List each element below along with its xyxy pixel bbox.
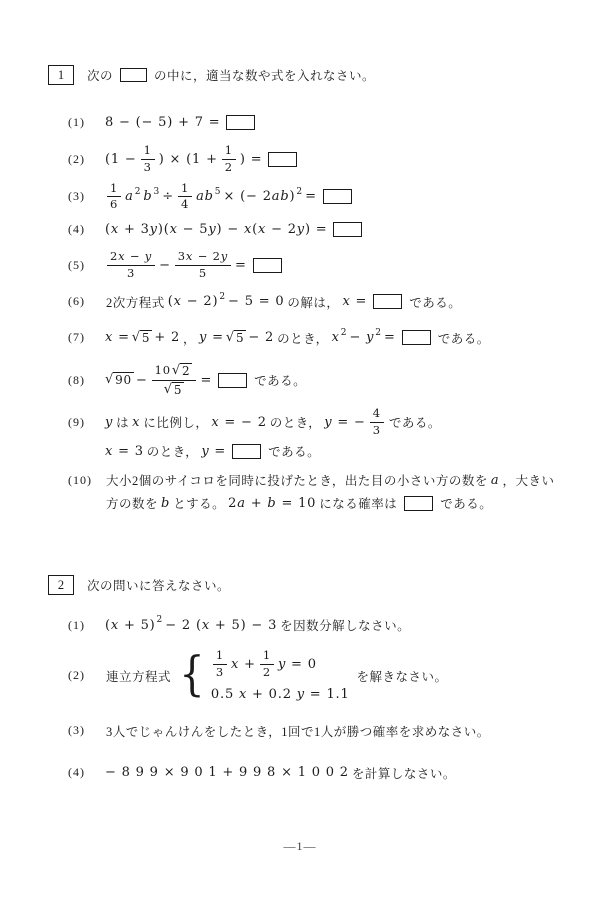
section-2: 2 次の問いに答えなさい。 (1)(x + 5)2− 2 (x + 5) − 3…	[48, 574, 560, 782]
problem-number: (10)	[68, 473, 104, 488]
fraction-numerator: 1	[260, 649, 274, 665]
fraction-numerator: 1	[107, 182, 121, 198]
fraction-numerator: 1	[222, 144, 236, 160]
problem-number: (3)	[68, 723, 104, 738]
math-run: 1	[263, 649, 271, 663]
superscript: 2	[341, 329, 347, 338]
radicand: 5	[140, 330, 152, 346]
answer-box	[253, 258, 282, 273]
math-run: − 5 = 0	[228, 294, 284, 309]
math-run: − 8 9 9 × 9 0 1 + 9 9 8 × 1 0 0 2	[105, 765, 349, 780]
sqrt-expression: √5	[226, 330, 247, 346]
math-run: x +	[231, 657, 256, 672]
radicand: 5	[234, 330, 246, 346]
math-run: 5	[199, 267, 207, 281]
problem: (1)8 − (− 5) + 7 =	[68, 113, 560, 131]
section-2-problems: (1)(x + 5)2− 2 (x + 5) − 3を因数分解しなさい。(2)連…	[68, 616, 560, 782]
answer-box	[404, 496, 433, 511]
math-run: 2	[263, 666, 271, 680]
sqrt-expression: √5	[164, 382, 185, 398]
fraction: 12	[222, 144, 236, 175]
math-run: 1	[110, 182, 118, 196]
inline-blank-box	[120, 68, 147, 82]
superscript: 2	[219, 293, 225, 302]
superscript: 2	[157, 616, 163, 625]
fraction-denominator: 4	[178, 197, 192, 212]
answer-box	[373, 294, 402, 309]
math-run: x	[132, 415, 140, 430]
text-run: である。	[254, 371, 306, 389]
problem-line: (4)− 8 9 9 × 9 0 1 + 9 9 8 × 1 0 0 2を計算し…	[68, 764, 560, 782]
math-run: =	[384, 330, 396, 345]
text-run: である。	[440, 494, 492, 512]
superscript: 3	[154, 188, 160, 197]
math-run: − 2 (x + 5) − 3	[165, 618, 277, 633]
problem-line: (5)2x − y3−3x − 2y5=	[68, 250, 560, 281]
problem-number: (8)	[68, 373, 104, 388]
answer-box	[232, 444, 261, 459]
section-number-box: 2	[48, 575, 74, 595]
sqrt-expression: √90	[105, 372, 134, 388]
fraction-denominator: 3	[370, 423, 384, 438]
problem-number: (3)	[68, 189, 104, 204]
math-run: x = − 2	[211, 415, 266, 430]
problem: (2)(1 −13) × (1 +12) =	[68, 144, 560, 175]
fraction-denominator: 5	[196, 266, 210, 281]
problem-number: (5)	[68, 258, 104, 273]
problem-number: (6)	[68, 294, 104, 309]
text-run: とする。	[173, 494, 225, 512]
math-run: a	[125, 189, 134, 204]
fraction: 10√2√5	[152, 363, 197, 398]
radicand: 90	[113, 372, 134, 388]
text-run: である。	[438, 329, 490, 347]
fraction: 13	[213, 649, 227, 680]
fraction-denominator: 3	[141, 160, 155, 175]
superscript: 5	[215, 188, 221, 197]
math-run: 1	[225, 144, 233, 158]
fraction-denominator: 3	[213, 665, 227, 680]
text-run: の中に，適当な数や式を入れなさい。	[154, 66, 375, 84]
answer-box	[268, 152, 297, 167]
superscript: 2	[296, 188, 302, 197]
text-run: である。	[409, 293, 461, 311]
fraction-numerator: 3x − 2y	[175, 250, 231, 266]
text-run: 次の問いに答えなさい。	[87, 576, 230, 594]
math-run: x =	[342, 294, 367, 309]
math-run: x = 3	[105, 444, 144, 459]
math-run: 3x − 2y	[178, 250, 228, 264]
text-run: を解きなさい。	[357, 667, 448, 685]
math-run: =	[235, 258, 247, 273]
math-run: 1	[181, 182, 189, 196]
math-run: 10	[155, 364, 171, 378]
math-run: 6	[110, 198, 118, 212]
problem-line: (9)yはxに比例し，x = − 2のとき，y = −43である。	[68, 407, 560, 438]
math-run: 0.5 x + 0.2 y = 1.1	[211, 687, 350, 702]
fraction-numerator: 1	[141, 144, 155, 160]
problem: (4)− 8 9 9 × 9 0 1 + 9 9 8 × 1 0 0 2を計算し…	[68, 764, 560, 782]
text-run: の解は，	[287, 293, 339, 311]
fraction: 16	[107, 182, 121, 213]
fraction-denominator: 2	[260, 665, 274, 680]
math-run: −	[136, 373, 148, 388]
text-run: である。	[268, 442, 320, 460]
fraction-denominator: 2	[222, 160, 236, 175]
fraction-numerator: 4	[370, 407, 384, 423]
problem: (5)2x − y3−3x − 2y5=	[68, 250, 560, 281]
problem: (4)(x + 3y)(x − 5y) − x(x − 2y) =	[68, 220, 560, 238]
section-number-box: 1	[48, 65, 74, 85]
text-run: 2次方程式	[106, 293, 165, 311]
fraction: 3x − 2y5	[175, 250, 231, 281]
section-title: 次の問いに答えなさい。	[85, 576, 232, 594]
text-run: 次の	[87, 66, 113, 84]
math-run: ) =	[240, 152, 263, 167]
math-run: 3	[373, 424, 381, 438]
fraction-numerator: 1	[213, 649, 227, 665]
math-run: y = 0	[278, 657, 317, 672]
math-run: 3	[216, 666, 224, 680]
problem: (3)3人でじゃんけんをしたとき，1回で1人が勝つ確率を求めなさい。	[68, 722, 560, 740]
fraction: 12	[260, 649, 274, 680]
problem-number: (4)	[68, 222, 104, 237]
math-run: y =	[199, 330, 224, 345]
fraction-denominator: 3	[124, 266, 138, 281]
math-run: 3	[127, 267, 135, 281]
text-run: は	[116, 413, 129, 431]
text-run: に比例し，	[143, 413, 208, 431]
answer-box	[323, 189, 352, 204]
fraction: 43	[370, 407, 384, 438]
radicand: 5	[172, 382, 184, 398]
problem-line: (7)x =√5+ 2，y =√5− 2のとき，x2− y2=である。	[68, 329, 560, 347]
problem-line: (3)3人でじゃんけんをしたとき，1回で1人が勝つ確率を求めなさい。	[68, 722, 560, 740]
text-run: のとき，	[270, 413, 322, 431]
math-run: − y	[349, 330, 374, 345]
math-run: 2x − y	[110, 250, 152, 264]
system-equation-line: 13x +12y = 0	[210, 649, 351, 680]
equation-system: {13x +12y = 00.5 x + 0.2 y = 1.1	[177, 649, 351, 702]
math-run: b	[143, 189, 152, 204]
math-run: y =	[201, 444, 226, 459]
math-run: =	[305, 189, 317, 204]
math-run: x =	[105, 330, 130, 345]
fraction: 13	[141, 144, 155, 175]
answer-box	[218, 373, 247, 388]
math-run: 2	[225, 161, 233, 175]
math-run: − 2	[248, 330, 274, 345]
math-run: =	[200, 373, 212, 388]
problem-number: (1)	[68, 618, 104, 633]
fraction-numerator: 1	[178, 182, 192, 198]
problem-line: (4)(x + 3y)(x − 5y) − x(x − 2y) =	[68, 220, 560, 238]
math-run: 1	[144, 144, 152, 158]
problem-line: (2)連立方程式{13x +12y = 00.5 x + 0.2 y = 1.1…	[68, 649, 560, 702]
fraction-denominator: 6	[107, 197, 121, 212]
math-run: 2a + b = 10	[228, 496, 316, 511]
problem-line: (6)2次方程式(x − 2)2− 5 = 0の解は，x =である。	[68, 293, 560, 311]
section-2-header: 2 次の問いに答えなさい。	[48, 574, 560, 596]
problem-line: (2)(1 −13) × (1 +12) =	[68, 144, 560, 175]
text-run: である。	[389, 413, 441, 431]
math-run: y = −	[324, 415, 365, 430]
math-run: (x + 3y)(x − 5y) − x(x − 2y) =	[105, 222, 327, 237]
math-run: ) × (1 +	[159, 152, 218, 167]
superscript: 2	[375, 329, 381, 338]
sqrt-expression: √5	[132, 330, 153, 346]
math-run: (x + 5)	[105, 618, 156, 633]
problem-line: (8)√90−10√2√5=である。	[68, 363, 560, 398]
brace-icon: {	[179, 653, 204, 698]
text-run: 3人でじゃんけんをしたとき，1回で1人が勝つ確率を求めなさい。	[106, 722, 490, 740]
problem-line: (3)16a2b3÷14ab5× (− 2ab)2=	[68, 182, 560, 213]
math-run: + 2	[154, 330, 180, 345]
problem-number: (9)	[68, 415, 104, 430]
superscript: 2	[135, 188, 141, 197]
math-run: (1 −	[105, 152, 137, 167]
text-run: を計算しなさい。	[352, 764, 456, 782]
system-equation-line: 0.5 x + 0.2 y = 1.1	[210, 687, 351, 702]
section-1-header: 1 次のの中に，適当な数や式を入れなさい。	[48, 64, 560, 86]
problem: (6)2次方程式(x − 2)2− 5 = 0の解は，x =である。	[68, 293, 560, 311]
page-number: —1—	[0, 839, 600, 854]
fraction: 14	[178, 182, 192, 213]
math-run: a	[491, 473, 500, 488]
answer-box	[226, 115, 255, 130]
problem: (10)大小2個のサイコロを同時に投げたとき，出た目の小さい方の数をa，大きい方…	[68, 471, 560, 512]
problem-number: (2)	[68, 668, 104, 683]
problem: (8)√90−10√2√5=である。	[68, 363, 560, 398]
math-run: 8 − (− 5) + 7 =	[105, 115, 220, 130]
text-run: 方の数を	[106, 494, 158, 512]
math-run: b	[161, 496, 170, 511]
math-run: × (− 2ab)	[224, 189, 296, 204]
exam-page: 1 次のの中に，適当な数や式を入れなさい。 (1)8 − (− 5) + 7 =…	[0, 0, 600, 900]
fraction-numerator: 10√2	[152, 363, 197, 381]
problem-line: 方の数をbとする。2a + b = 10になる確率はである。	[68, 494, 560, 512]
math-run: 4	[373, 407, 381, 421]
math-run: −	[159, 258, 171, 273]
fraction: 2x − y3	[107, 250, 155, 281]
problem-number: (7)	[68, 330, 104, 345]
system-equations: 13x +12y = 00.5 x + 0.2 y = 1.1	[210, 649, 351, 702]
fraction-numerator: 2x − y	[107, 250, 155, 266]
problem: (7)x =√5+ 2，y =√5− 2のとき，x2− y2=である。	[68, 329, 560, 347]
problem-line: (10)大小2個のサイコロを同時に投げたとき，出た目の小さい方の数をa，大きい	[68, 471, 560, 489]
problem-number: (4)	[68, 765, 104, 780]
math-run: x	[332, 330, 340, 345]
text-run: のとき，	[277, 329, 329, 347]
section-title: 次のの中に，適当な数や式を入れなさい。	[85, 66, 377, 84]
problem-line: x = 3のとき，y =である。	[68, 442, 560, 460]
math-run: ÷	[162, 189, 174, 204]
problem: (9)yはxに比例し，x = − 2のとき，y = −43である。x = 3のと…	[68, 407, 560, 461]
math-run: y	[105, 415, 113, 430]
problem-number: (1)	[68, 115, 104, 130]
problem: (3)16a2b3÷14ab5× (− 2ab)2=	[68, 182, 560, 213]
text-run: 大小2個のサイコロを同時に投げたとき，出た目の小さい方の数を	[106, 471, 488, 489]
problem: (2)連立方程式{13x +12y = 00.5 x + 0.2 y = 1.1…	[68, 649, 560, 702]
math-run: 4	[181, 198, 189, 212]
section-1: 1 次のの中に，適当な数や式を入れなさい。 (1)8 − (− 5) + 7 =…	[48, 64, 560, 512]
answer-box	[333, 222, 362, 237]
problem-line: (1)8 − (− 5) + 7 =	[68, 113, 560, 131]
radicand: 2	[180, 363, 192, 379]
answer-box	[402, 330, 431, 345]
text-run: になる確率は	[319, 494, 397, 512]
math-run: 3	[144, 161, 152, 175]
problem-number: (2)	[68, 152, 104, 167]
section-1-problems: (1)8 − (− 5) + 7 =(2)(1 −13) × (1 +12) =…	[68, 113, 560, 512]
text-run: ，	[183, 329, 196, 347]
text-run: ，大きい	[502, 471, 554, 489]
text-run: を因数分解しなさい。	[280, 616, 410, 634]
text-run: のとき，	[147, 442, 199, 460]
sqrt-expression: √2	[172, 363, 193, 379]
math-run: 1	[216, 649, 224, 663]
math-run: (x − 2)	[168, 294, 219, 309]
fraction-denominator: √5	[160, 381, 189, 398]
problem: (1)(x + 5)2− 2 (x + 5) − 3を因数分解しなさい。	[68, 616, 560, 634]
math-run: ab	[196, 189, 214, 204]
problem-line: (1)(x + 5)2− 2 (x + 5) − 3を因数分解しなさい。	[68, 616, 560, 634]
text-run: 連立方程式	[106, 667, 171, 685]
